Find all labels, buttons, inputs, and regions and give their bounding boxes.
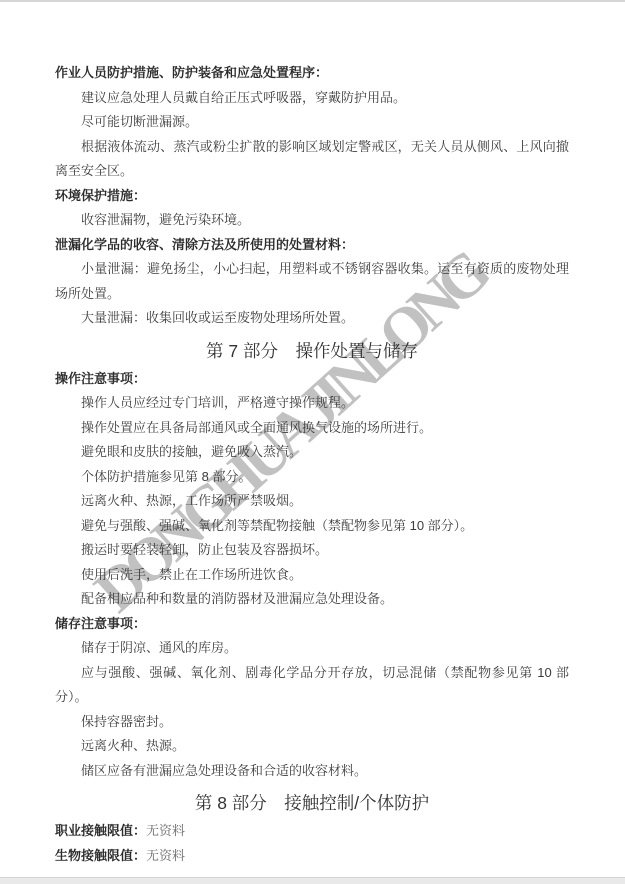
paragraph: 储区应备有泄漏应急处理设备和合适的收容材料。 bbox=[55, 759, 569, 784]
document-page: DONGHUA JINLONG 作业人员防护措施、防护装备和应急处置程序：建议应… bbox=[0, 0, 625, 884]
document-content: 作业人员防护措施、防护装备和应急处置程序：建议应急处理人员戴自给正压式呼吸器，穿… bbox=[55, 61, 569, 868]
limit-value: 无资料 bbox=[146, 848, 185, 863]
paragraph: 远离火种、热源，工作场所严禁吸烟。 bbox=[55, 489, 569, 514]
paragraph: 搬运时要轻装轻卸，防止包装及容器损坏。 bbox=[55, 538, 569, 563]
section-heading: 泄漏化学品的收容、清除方法及所使用的处置材料： bbox=[55, 233, 569, 258]
paragraph: 操作人员应经过专门培训，严格遵守操作规程。 bbox=[55, 391, 569, 416]
paragraph: 使用后洗手，禁止在工作场所进饮食。 bbox=[55, 563, 569, 588]
paragraph: 小量泄漏：避免扬尘，小心扫起，用塑料或不锈钢容器收集。运至有资质的废物处理场所处… bbox=[55, 257, 569, 306]
limit-value: 无资料 bbox=[146, 823, 185, 838]
paragraph: 操作处置应在具备局部通风或全面通风换气设施的场所进行。 bbox=[55, 416, 569, 441]
paragraph: 保持容器密封。 bbox=[55, 710, 569, 735]
limit-row: 职业接触限值：无资料 bbox=[55, 819, 569, 844]
paragraph: 储存于阴凉、通风的库房。 bbox=[55, 636, 569, 661]
section-title: 第 7 部分 操作处置与储存 bbox=[55, 337, 569, 365]
page-bottom-edge bbox=[0, 877, 625, 884]
section-heading: 作业人员防护措施、防护装备和应急处置程序： bbox=[55, 61, 569, 86]
page-top-edge bbox=[0, 0, 625, 2]
paragraph: 应与强酸、强碱、氧化剂、剧毒化学品分开存放，切忌混储（禁配物参见第 10 部分）… bbox=[55, 661, 569, 710]
paragraph: 大量泄漏：收集回收或运至废物处理场所处置。 bbox=[55, 306, 569, 331]
limit-label: 生物接触限值： bbox=[55, 848, 146, 863]
paragraph: 远离火种、热源。 bbox=[55, 734, 569, 759]
limit-label: 职业接触限值： bbox=[55, 823, 146, 838]
paragraph: 根据液体流动、蒸汽或粉尘扩散的影响区域划定警戒区，无关人员从侧风、上风向撤离至安… bbox=[55, 135, 569, 184]
paragraph: 避免眼和皮肤的接触，避免吸入蒸汽。 bbox=[55, 440, 569, 465]
limit-row: 生物接触限值：无资料 bbox=[55, 844, 569, 869]
section-heading: 环境保护措施： bbox=[55, 184, 569, 209]
paragraph: 收容泄漏物，避免污染环境。 bbox=[55, 208, 569, 233]
section-heading: 储存注意事项： bbox=[55, 612, 569, 637]
section-title: 第 8 部分 接触控制/个体防护 bbox=[55, 789, 569, 817]
paragraph: 避免与强酸、强碱、氧化剂等禁配物接触（禁配物参见第 10 部分）。 bbox=[55, 514, 569, 539]
paragraph: 尽可能切断泄漏源。 bbox=[55, 110, 569, 135]
section-heading: 操作注意事项： bbox=[55, 367, 569, 392]
paragraph: 个体防护措施参见第 8 部分。 bbox=[55, 465, 569, 490]
paragraph: 配备相应品种和数量的消防器材及泄漏应急处理设备。 bbox=[55, 587, 569, 612]
paragraph: 建议应急处理人员戴自给正压式呼吸器，穿戴防护用品。 bbox=[55, 86, 569, 111]
